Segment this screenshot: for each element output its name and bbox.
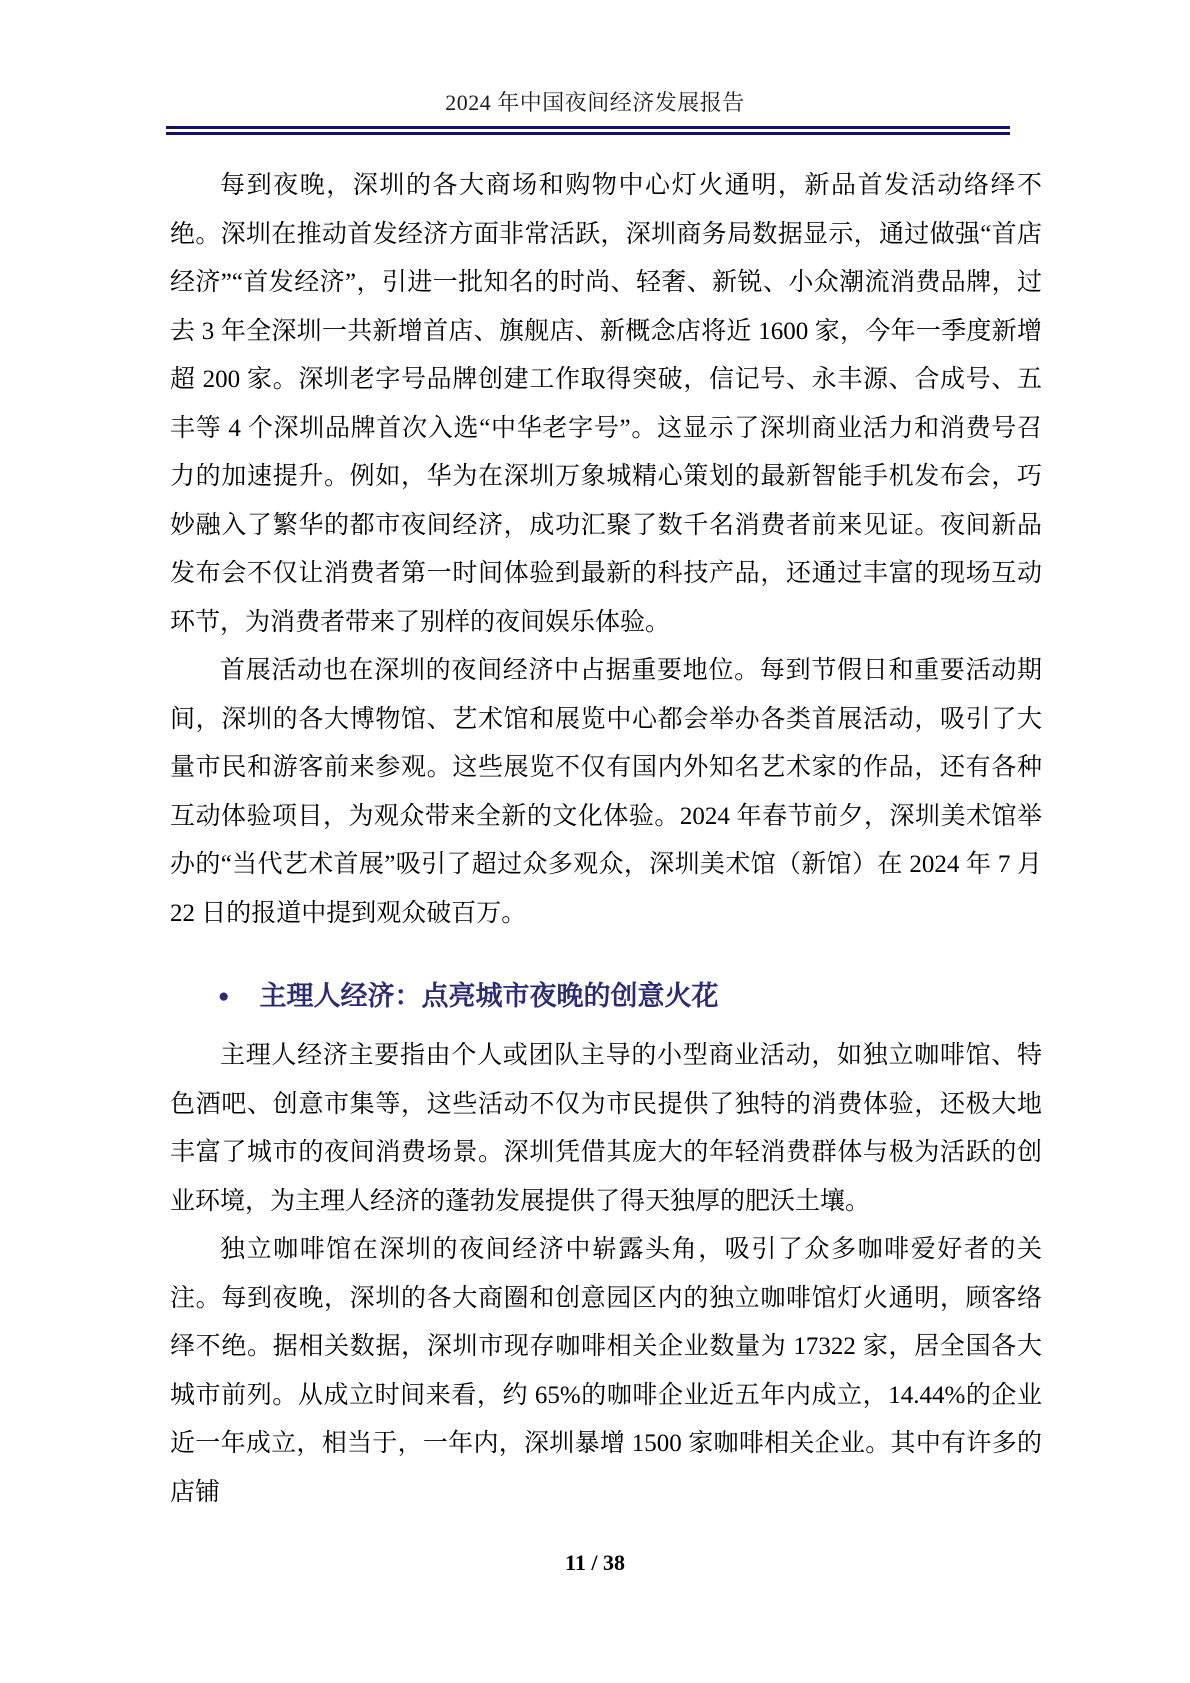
page-footer: 11 / 38: [0, 1550, 1190, 1576]
paragraph-first-launch-economy: 每到夜晚，深圳的各大商场和购物中心灯火通明，新品首发活动络绎不绝。深圳在推动首发…: [170, 162, 1042, 647]
header-rule: [166, 126, 1010, 135]
section-heading-curator-economy: ● 主理人经济：点亮城市夜晚的创意火花: [170, 976, 1042, 1016]
document-body: 每到夜晚，深圳的各大商场和购物中心灯火通明，新品首发活动络绎不绝。深圳在推动首发…: [170, 162, 1042, 1517]
header-title: 2024 年中国夜间经济发展报告: [0, 0, 1190, 118]
paragraph-first-exhibitions: 首展活动也在深圳的夜间经济中占据重要地位。每到节假日和重要活动期间，深圳的各大博…: [170, 647, 1042, 938]
section-heading-text: 主理人经济：点亮城市夜晚的创意火花: [259, 976, 718, 1016]
bullet-icon: ●: [218, 987, 229, 1006]
document-page: 2024 年中国夜间经济发展报告 每到夜晚，深圳的各大商场和购物中心灯火通明，新…: [0, 0, 1190, 1683]
paragraph-independent-cafes: 独立咖啡馆在深圳的夜间经济中崭露头角，吸引了众多咖啡爱好者的关注。每到夜晚，深圳…: [170, 1226, 1042, 1517]
page-number: 11 / 38: [565, 1550, 625, 1575]
page-header: 2024 年中国夜间经济发展报告: [0, 0, 1190, 118]
paragraph-curator-economy-intro: 主理人经济主要指由个人或团队主导的小型商业活动，如独立咖啡馆、特色酒吧、创意市集…: [170, 1032, 1042, 1226]
